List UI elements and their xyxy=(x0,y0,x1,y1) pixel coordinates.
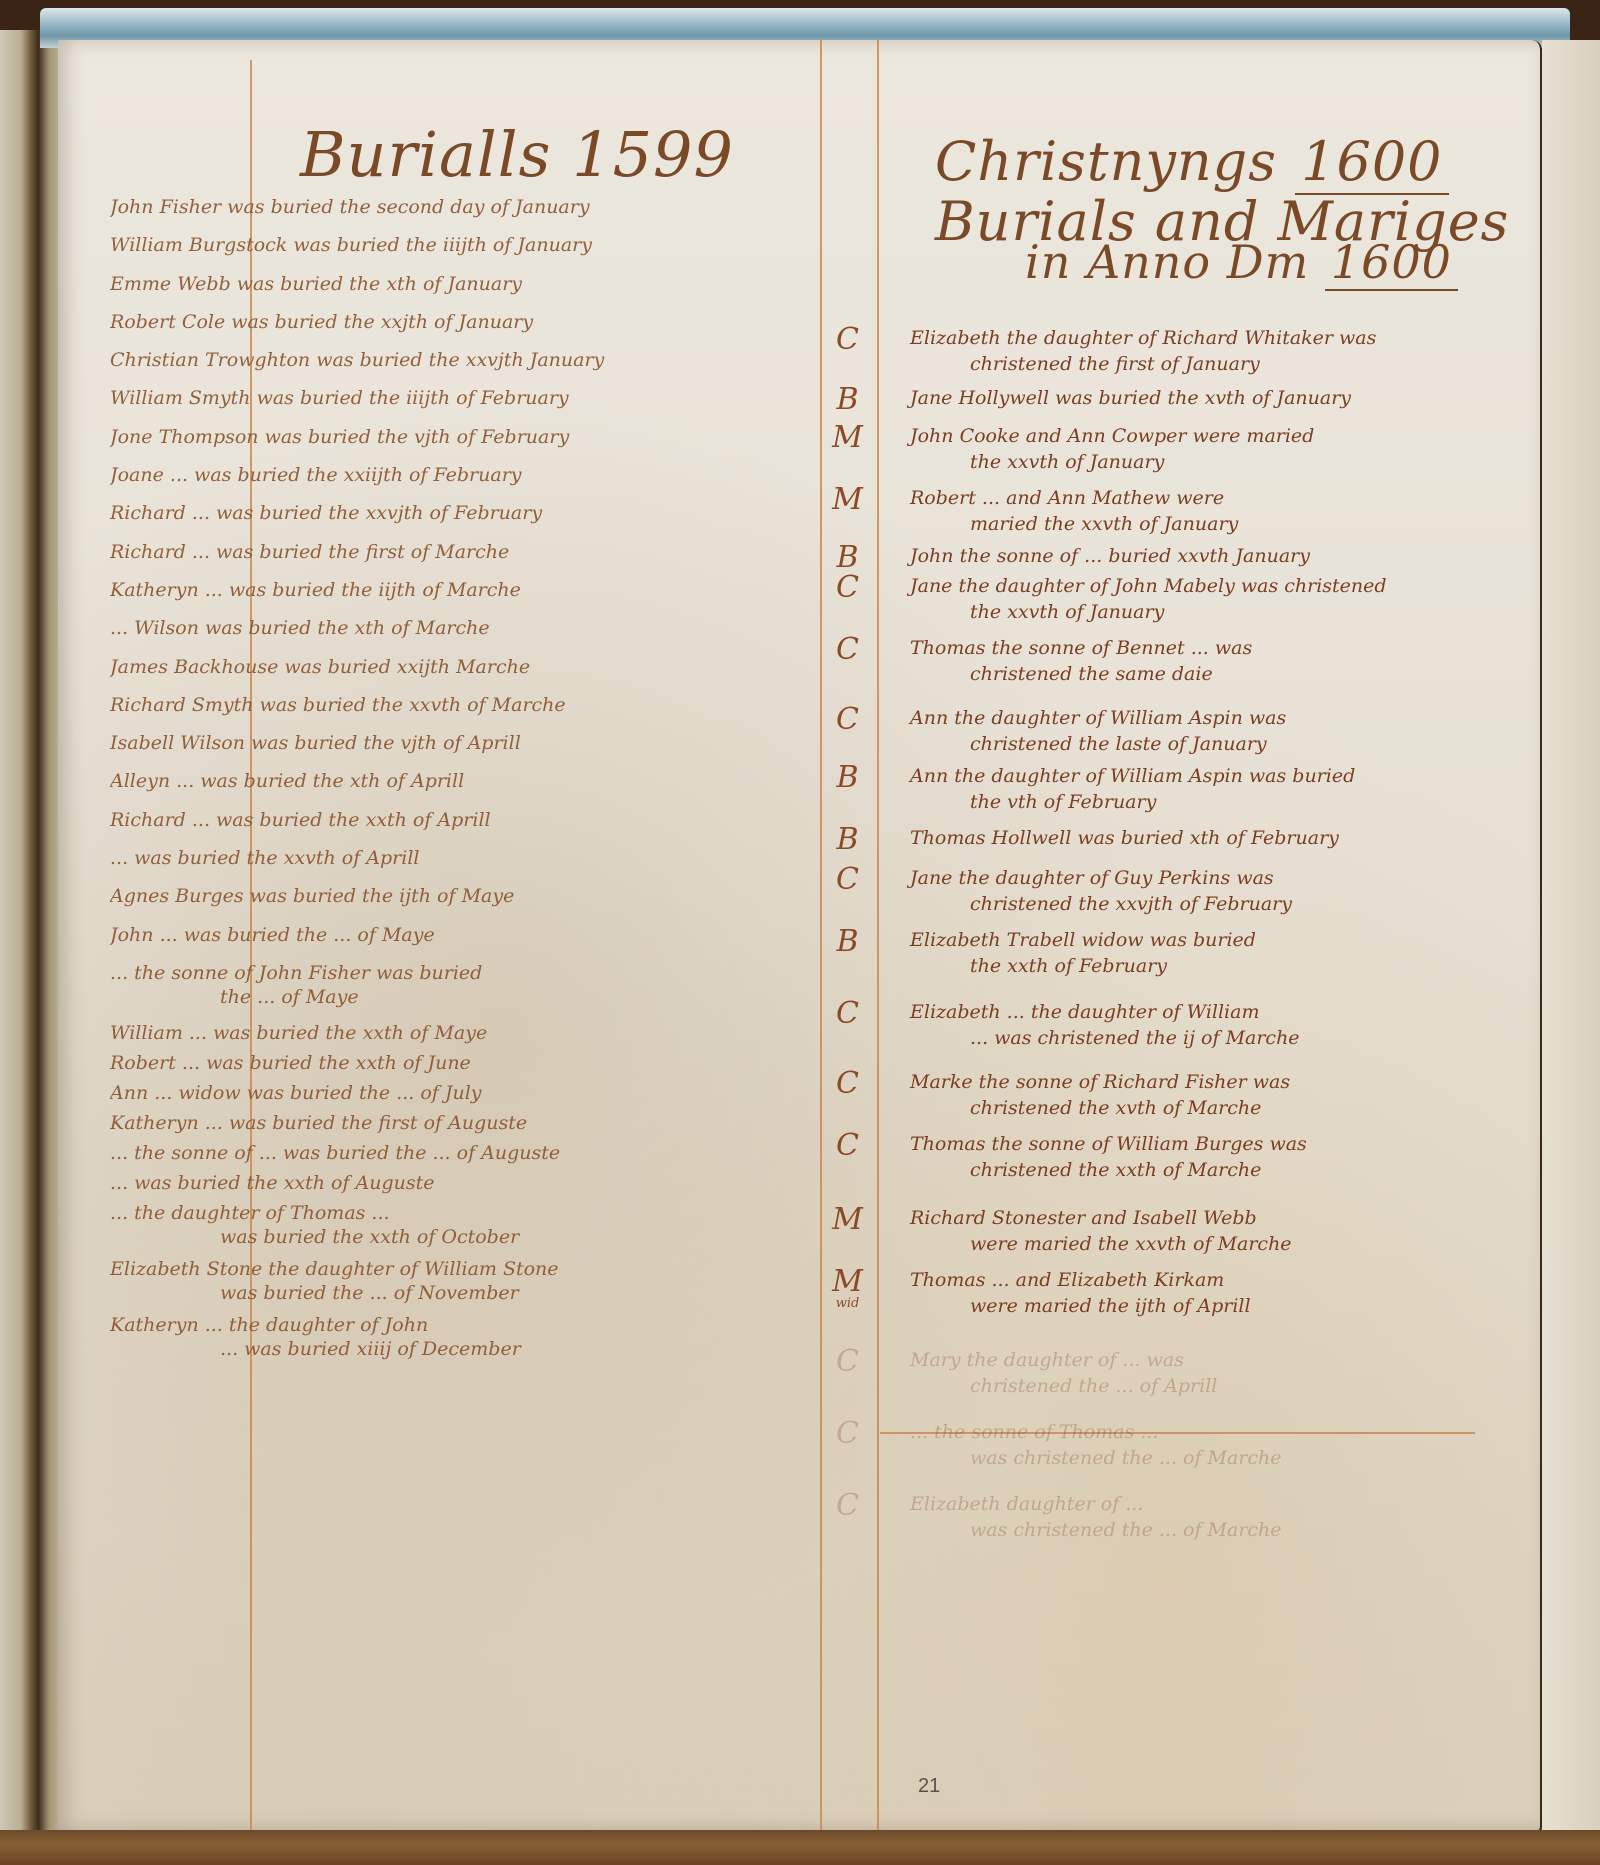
burial-mark: B xyxy=(820,825,875,855)
burials-year: 1599 xyxy=(572,118,734,191)
burial-mark: B xyxy=(820,385,875,415)
burial-entry: Robert ... was buried the xxth of June xyxy=(110,1051,800,1081)
burials-title: Burialls xyxy=(300,118,551,191)
marriage-mark: Mwid xyxy=(820,1267,875,1311)
burial-entry: ... the sonne of John Fisher was buriedt… xyxy=(110,961,800,1021)
burial-entry: Richard ... was buried the xxth of April… xyxy=(110,808,800,846)
burial-entry: Katheryn ... was buried the iijth of Mar… xyxy=(110,578,800,616)
christening-mark: C xyxy=(820,1491,875,1521)
register-entry: BAnn the daughter of William Aspin was b… xyxy=(820,763,1460,825)
burial-entry: Ann ... widow was buried the ... of July xyxy=(110,1081,800,1111)
burial-entry: Alleyn ... was buried the xth of Aprill xyxy=(110,769,800,807)
burial-entry: John ... was buried the ... of Maye xyxy=(110,923,800,961)
burial-entry: ... was buried the xxvth of Aprill xyxy=(110,846,800,884)
burial-entry: Joane ... was buried the xxiijth of Febr… xyxy=(110,463,800,501)
register-entry: BJane Hollywell was buried the xvth of J… xyxy=(820,385,1460,423)
register-entry: CJane the daughter of Guy Perkins waschr… xyxy=(820,865,1460,927)
register-entry: BJohn the sonne of ... buried xxvth Janu… xyxy=(820,543,1460,573)
burials-heading: Burialls 1599 xyxy=(300,118,734,191)
register-entry: CElizabeth the daughter of Richard Whita… xyxy=(820,325,1460,385)
register-entries-list: CElizabeth the daughter of Richard Whita… xyxy=(820,325,1460,1563)
burial-entry: Elizabeth Stone the daughter of William … xyxy=(110,1257,800,1313)
burial-entries-list: John Fisher was buried the second day of… xyxy=(110,195,800,1369)
burial-entry: John Fisher was buried the second day of… xyxy=(110,195,800,233)
register-entry: BElizabeth Trabell widow was buriedthe x… xyxy=(820,927,1460,999)
christnyngs-heading: Christnyngs 1600 xyxy=(935,130,1449,193)
burial-entry: Isabell Wilson was buried the vjth of Ap… xyxy=(110,731,800,769)
burial-entry: Emme Webb was buried the xth of January xyxy=(110,272,800,310)
register-entry: CThomas the sonne of Bennet ... waschris… xyxy=(820,635,1460,705)
christening-mark: C xyxy=(820,1347,875,1377)
adjacent-page-edge xyxy=(1542,40,1600,1840)
register-entry-faded: CMary the daughter of ... waschristened … xyxy=(820,1347,1460,1419)
christnyngs-title: Christnyngs xyxy=(935,130,1277,193)
marriage-mark: M xyxy=(820,423,875,453)
register-entry: CJane the daughter of John Mabely was ch… xyxy=(820,573,1460,635)
register-entry: CThomas the sonne of William Burges wasc… xyxy=(820,1131,1460,1205)
burial-entry: ... Wilson was buried the xth of Marche xyxy=(110,616,800,654)
register-entry: CMarke the sonne of Richard Fisher wasch… xyxy=(820,1069,1460,1131)
burial-entry: Richard Smyth was buried the xxvth of Ma… xyxy=(110,693,800,731)
burial-entry: Katheryn ... the daughter of John... was… xyxy=(110,1313,800,1369)
burial-mark: B xyxy=(820,927,875,957)
burial-entry: William ... was buried the xxth of Maye xyxy=(110,1021,800,1051)
christening-mark: C xyxy=(820,573,875,603)
christening-mark: C xyxy=(820,325,875,355)
christnyngs-year: 1600 xyxy=(1295,130,1448,195)
burial-entry: ... the sonne of ... was buried the ... … xyxy=(110,1141,800,1171)
christening-mark: C xyxy=(820,1419,875,1449)
table-surface xyxy=(0,1830,1600,1865)
burial-entry: Richard ... was buried the first of Marc… xyxy=(110,540,800,578)
register-entry: MJohn Cooke and Ann Cowper were mariedth… xyxy=(820,423,1460,485)
register-entry: MRobert ... and Ann Mathew weremaried th… xyxy=(820,485,1460,543)
marriage-mark: M xyxy=(820,1205,875,1235)
burial-entry: William Smyth was buried the iiijth of F… xyxy=(110,386,800,424)
register-entry: BThomas Hollwell was buried xth of Febru… xyxy=(820,825,1460,865)
burial-entry: Robert Cole was buried the xxjth of Janu… xyxy=(110,310,800,348)
burial-mark: B xyxy=(820,763,875,793)
register-entry-faded: CElizabeth daughter of ...was christened… xyxy=(820,1491,1460,1563)
burial-entry: ... was buried the xxth of Auguste xyxy=(110,1171,800,1201)
anno-domini-heading: in Anno Dm 1600 xyxy=(1025,235,1458,289)
anno-domini-year: 1600 xyxy=(1325,235,1458,291)
widow-note: wid xyxy=(820,1297,875,1311)
burial-entry: James Backhouse was buried xxijth Marche xyxy=(110,655,800,693)
anno-domini-label: in Anno Dm xyxy=(1025,235,1309,289)
christening-mark: C xyxy=(820,1131,875,1161)
register-entry-faded: C... the sonne of Thomas ...was christen… xyxy=(820,1419,1460,1491)
burial-entry: Christian Trowghton was buried the xxvjt… xyxy=(110,348,800,386)
burial-mark: B xyxy=(820,543,875,573)
marriage-mark: M xyxy=(820,485,875,515)
burial-entry: ... the daughter of Thomas ...was buried… xyxy=(110,1201,800,1257)
burial-entry: Katheryn ... was buried the first of Aug… xyxy=(110,1111,800,1141)
burial-entry: Richard ... was buried the xxvjth of Feb… xyxy=(110,501,800,539)
christening-mark: C xyxy=(820,865,875,895)
christening-mark: C xyxy=(820,635,875,665)
register-entry: CElizabeth ... the daughter of William..… xyxy=(820,999,1460,1069)
register-entry: MwidThomas ... and Elizabeth Kirkamwere … xyxy=(820,1267,1460,1347)
burial-entry: William Burgstock was buried the iiijth … xyxy=(110,233,800,271)
register-entry: MRichard Stonester and Isabell Webbwere … xyxy=(820,1205,1460,1267)
burial-entry: Jone Thompson was buried the vjth of Feb… xyxy=(110,425,800,463)
christening-mark: C xyxy=(820,705,875,735)
christening-mark: C xyxy=(820,999,875,1029)
page-number: 21 xyxy=(918,1775,940,1798)
christening-mark: C xyxy=(820,1069,875,1099)
register-entry: CAnn the daughter of William Aspin wasch… xyxy=(820,705,1460,763)
burial-entry: Agnes Burges was buried the ijth of Maye xyxy=(110,884,800,922)
